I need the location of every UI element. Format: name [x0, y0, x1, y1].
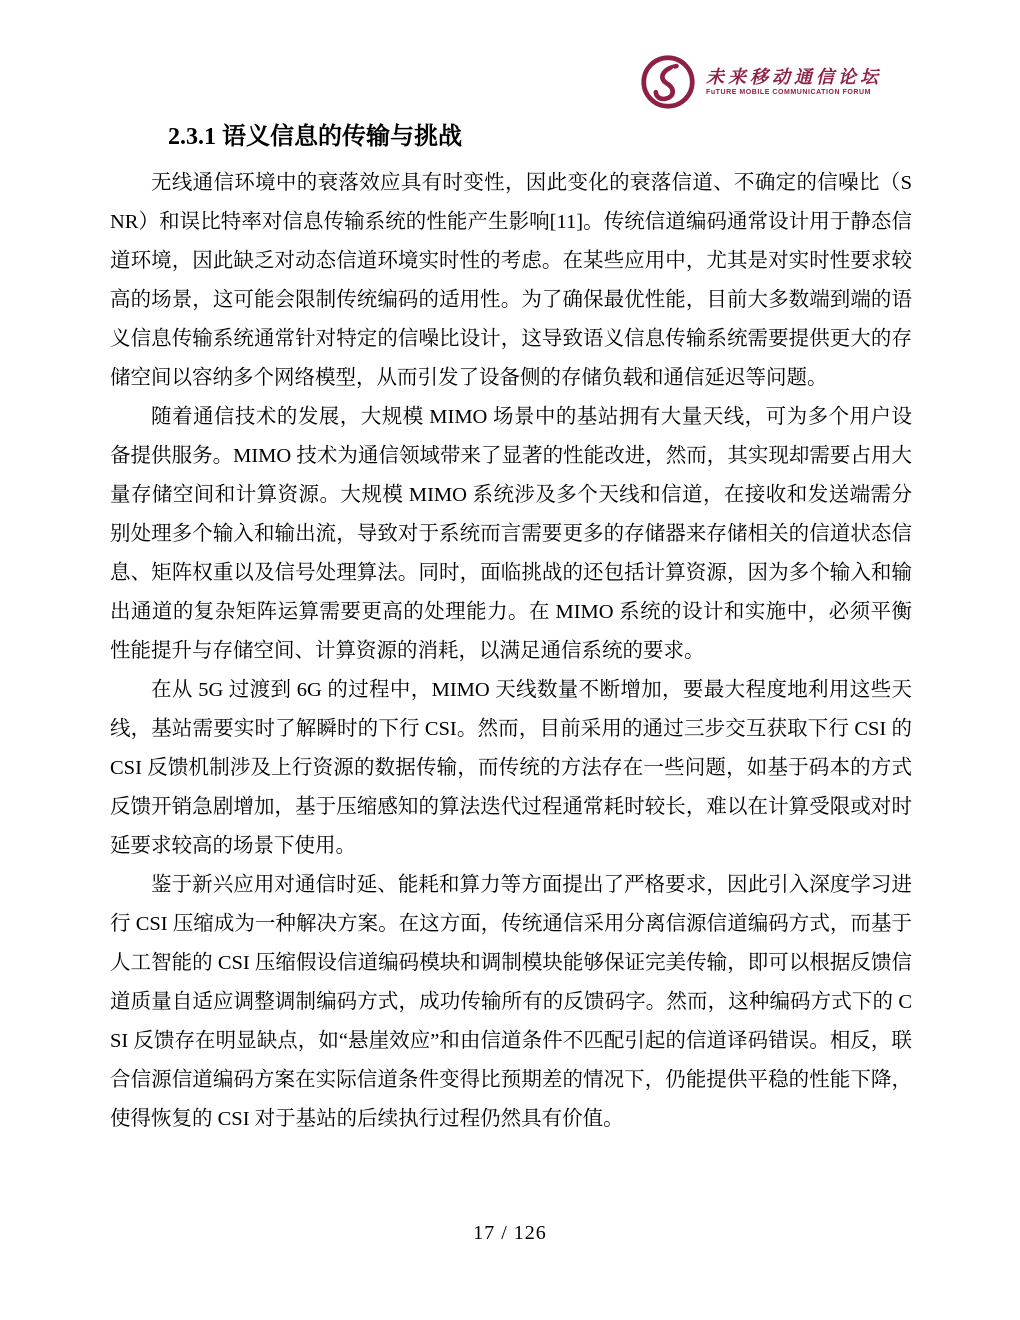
- section-heading: 2.3.1 语义信息的传输与挑战: [110, 120, 912, 154]
- body-paragraph-3: 在从 5G 过渡到 6G 的过程中，MIMO 天线数量不断增加，要最大程度地利用…: [110, 671, 912, 866]
- body-paragraph-1: 无线通信环境中的衰落效应具有时变性，因此变化的衰落信道、不确定的信噪比（SNR）…: [110, 164, 912, 398]
- forum-logo-text: 未来移动通信论坛 FuTURE MOBILE COMMUNICATION FOR…: [706, 66, 882, 98]
- forum-logo-english-name: FuTURE MOBILE COMMUNICATION FORUM: [706, 88, 882, 98]
- document-body: 2.3.1 语义信息的传输与挑战 无线通信环境中的衰落效应具有时变性，因此变化的…: [110, 120, 912, 1139]
- page-footer: 17 / 126: [0, 1222, 1020, 1245]
- page-number: 17 / 126: [473, 1222, 547, 1244]
- document-page: 未来移动通信论坛 FuTURE MOBILE COMMUNICATION FOR…: [0, 0, 1020, 1320]
- forum-logo-chinese-name: 未来移动通信论坛: [706, 66, 882, 88]
- body-paragraph-2: 随着通信技术的发展，大规模 MIMO 场景中的基站拥有大量天线，可为多个用户设备…: [110, 398, 912, 671]
- body-paragraph-4: 鉴于新兴应用对通信时延、能耗和算力等方面提出了严格要求，因此引入深度学习进行 C…: [110, 866, 912, 1139]
- forum-logo-icon: [640, 54, 696, 110]
- forum-logo: 未来移动通信论坛 FuTURE MOBILE COMMUNICATION FOR…: [640, 54, 882, 110]
